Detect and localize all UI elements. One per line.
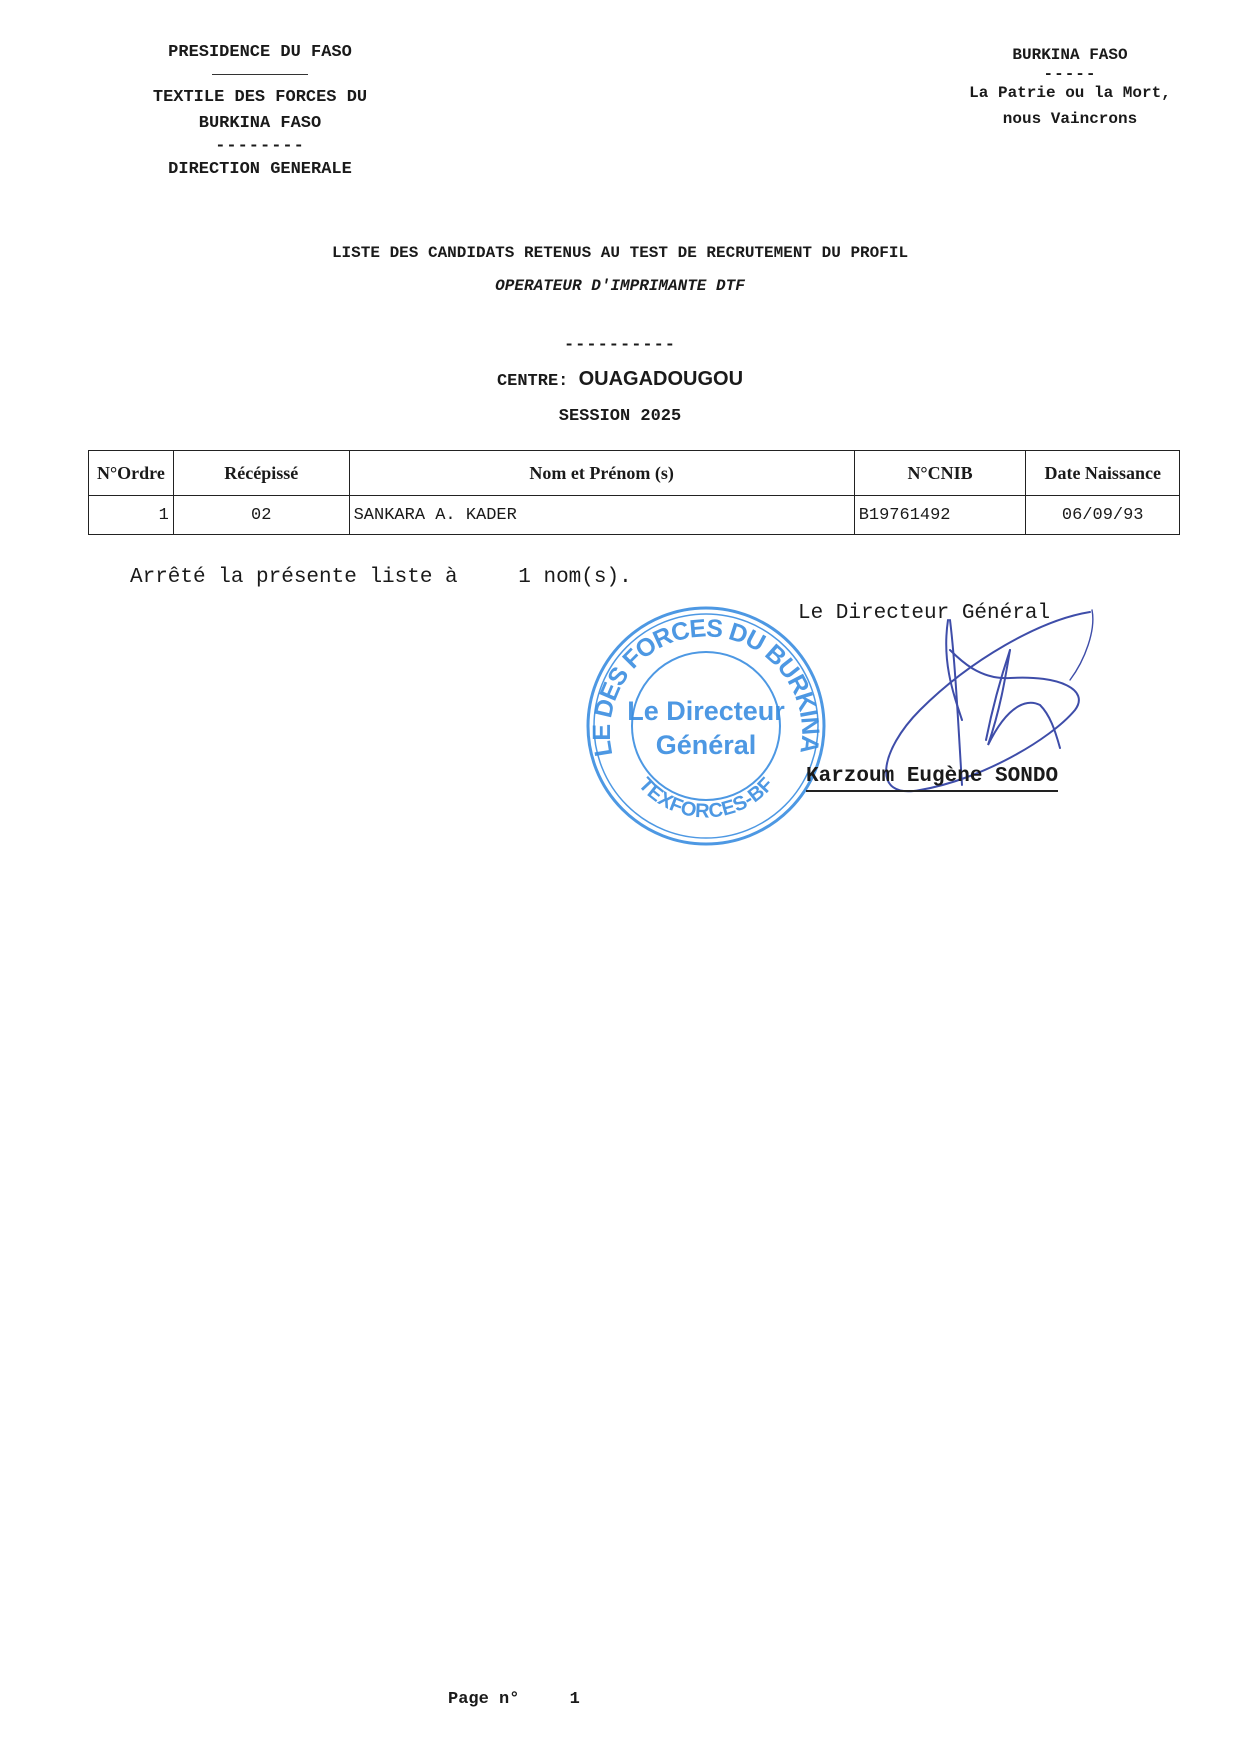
closing-text: Arrêté la présente liste à	[130, 566, 458, 589]
org-name-line1: TEXTILE DES FORCES DU	[110, 85, 410, 111]
header-separator: --------	[110, 137, 410, 157]
signatory-name: Karzoum Eugène SONDO	[806, 765, 1058, 792]
cell-ordre: 1	[89, 496, 174, 535]
candidates-table: N°Ordre Récépissé Nom et Prénom (s) N°CN…	[88, 450, 1180, 535]
closing-statement: Arrêté la présente liste à 1 nom(s).	[130, 566, 632, 589]
closing-count: 1 nom(s).	[518, 566, 631, 589]
motto-line1: La Patrie ou la Mort,	[940, 80, 1200, 106]
stamp-inner-line1: Le Directeur	[627, 696, 785, 726]
country-separator: -----	[940, 68, 1200, 80]
stamp-inner-line2: Général	[656, 730, 757, 760]
session-label: SESSION 2025	[0, 407, 1240, 426]
org-name-line2: BURKINA FASO	[110, 111, 410, 137]
page-number: 1	[570, 1690, 580, 1709]
col-header-ordre: N°Ordre	[89, 451, 174, 496]
motto-line2: nous Vaincrons	[940, 106, 1200, 132]
direction-label: DIRECTION GENERALE	[110, 157, 410, 183]
page-label: Page n°	[448, 1690, 519, 1709]
right-header: BURKINA FASO ----- La Patrie ou la Mort,…	[940, 42, 1200, 132]
table-header-row: N°Ordre Récépissé Nom et Prénom (s) N°CN…	[89, 451, 1180, 496]
col-header-date-naissance: Date Naissance	[1026, 451, 1180, 496]
centre-value: OUAGADOUGOU	[579, 368, 743, 390]
col-header-nom: Nom et Prénom (s)	[349, 451, 854, 496]
header-rule	[212, 74, 308, 75]
centre-line: CENTRE: OUAGADOUGOU	[0, 368, 1240, 391]
cell-date-naissance: 06/09/93	[1026, 496, 1180, 535]
col-header-recepisse: Récépissé	[173, 451, 349, 496]
presidence-label: PRESIDENCE DU FASO	[110, 40, 410, 66]
title-separator: ----------	[0, 336, 1240, 355]
document-title: LISTE DES CANDIDATS RETENUS AU TEST DE R…	[0, 244, 1240, 262]
profile-title: OPERATEUR D'IMPRIMANTE DTF	[0, 277, 1240, 295]
col-header-cnib: N°CNIB	[854, 451, 1026, 496]
centre-label: CENTRE:	[497, 372, 568, 391]
left-header: PRESIDENCE DU FASO TEXTILE DES FORCES DU…	[110, 40, 410, 183]
page-footer: Page n° 1	[448, 1690, 580, 1709]
cell-cnib: B19761492	[854, 496, 1026, 535]
cell-nom: SANKARA A. KADER	[349, 496, 854, 535]
table-row: 1 02 SANKARA A. KADER B19761492 06/09/93	[89, 496, 1180, 535]
official-stamp-icon: TEXTILE DES FORCES DU BURKINA FASO ★TEXF…	[582, 602, 830, 850]
cell-recepisse: 02	[173, 496, 349, 535]
